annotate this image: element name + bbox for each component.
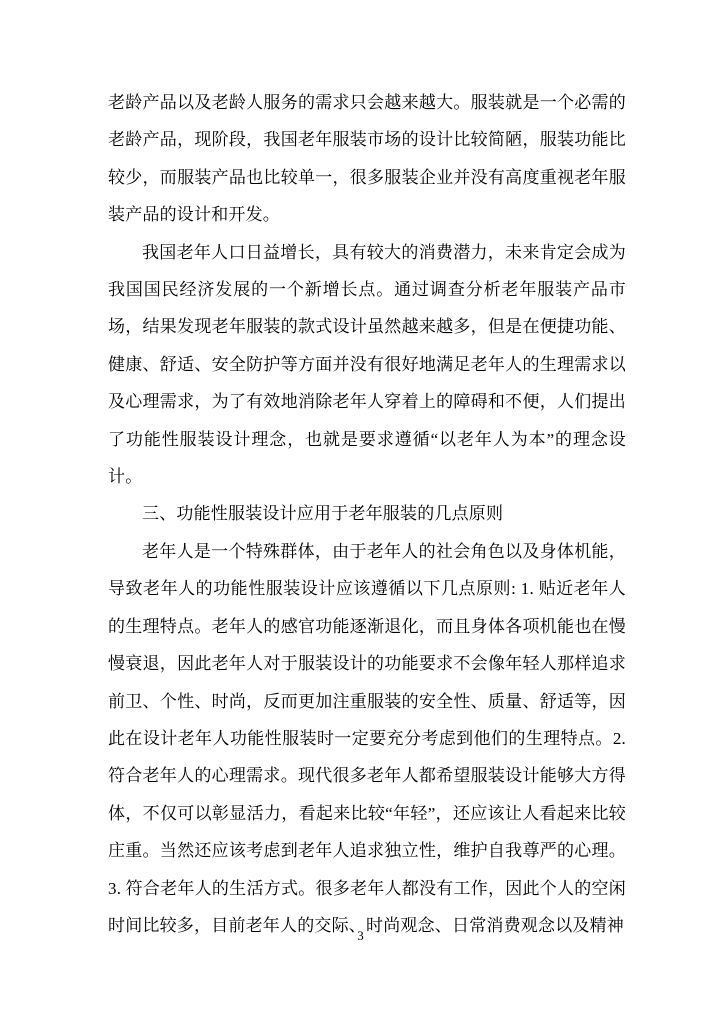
document-body: 老龄产品以及老龄人服务的需求只会越来越大。服装就是一个必需的老龄产品，现阶段，我… (108, 84, 626, 944)
paragraph-market-growth: 我国老年人口日益增长，具有较大的消费潜力，未来肯定会成为我国国民经济发展的一个新… (108, 234, 626, 496)
section-heading: 三、功能性服装设计应用于老年服装的几点原则 (108, 495, 626, 532)
document-page: 老龄产品以及老龄人服务的需求只会越来越大。服装就是一个必需的老龄产品，现阶段，我… (0, 0, 721, 1020)
paragraph-design-principles: 老年人是一个特殊群体，由于老年人的社会角色以及身体机能，导致老年人的功能性服装设… (108, 533, 626, 944)
page-number: 3 (0, 926, 721, 946)
paragraph-continuation: 老龄产品以及老龄人服务的需求只会越来越大。服装就是一个必需的老龄产品，现阶段，我… (108, 84, 626, 234)
